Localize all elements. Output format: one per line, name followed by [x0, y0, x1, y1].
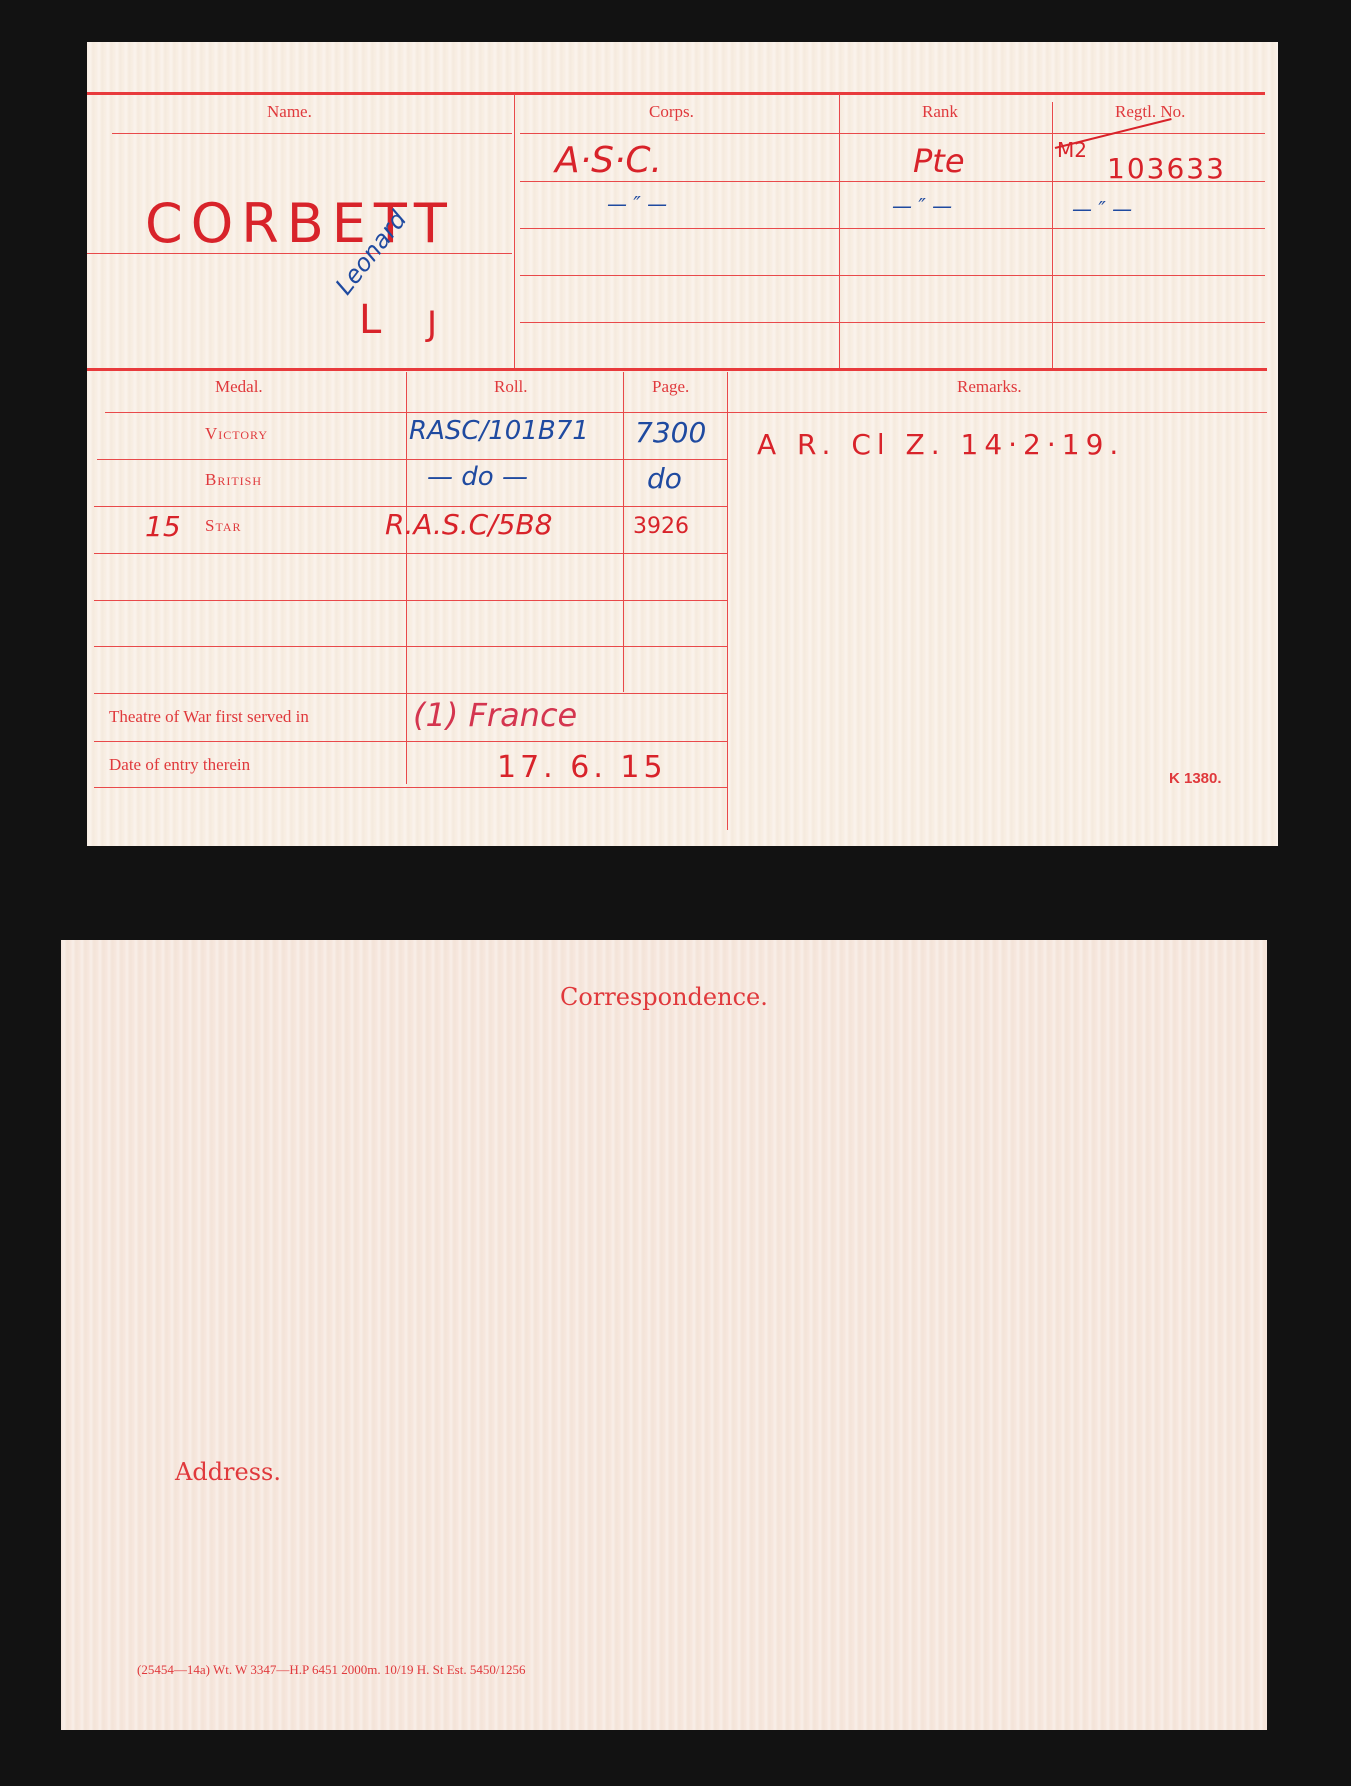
header-rank: Rank	[922, 102, 958, 122]
header-roll: Roll.	[494, 377, 528, 397]
header-corps: Corps.	[649, 102, 694, 122]
rule	[520, 275, 1265, 276]
remarks-value: A R. Cl Z. 14·2·19.	[757, 428, 1124, 461]
rule	[94, 600, 727, 601]
rule	[97, 459, 727, 460]
medal-roll: RASC/101B71	[409, 416, 589, 446]
medal-roll: — do —	[427, 462, 528, 492]
rule	[94, 741, 727, 742]
section-rule	[87, 368, 1267, 371]
medal-page: 3926	[633, 514, 689, 539]
divider-medal-roll	[406, 372, 407, 784]
rank-ditto: — ″ —	[892, 194, 952, 218]
header-medal: Medal.	[215, 377, 263, 397]
medal-label: Star	[205, 516, 242, 536]
header-remarks: Remarks.	[957, 377, 1022, 397]
rule	[94, 693, 727, 694]
medal-label: Victory	[205, 424, 268, 444]
rank-value: Pte	[913, 142, 965, 180]
first-letter-L: L	[359, 297, 381, 343]
medal-roll: R.A.S.C/5B8	[385, 508, 552, 541]
address-label: Address.	[175, 1458, 281, 1486]
medal-page: 7300	[635, 416, 706, 449]
rule	[94, 506, 727, 507]
rule	[112, 133, 512, 134]
regtl-number: 103633	[1107, 152, 1226, 185]
corps-value: A·S·C.	[555, 140, 662, 181]
top-rule	[87, 92, 1265, 95]
header-name: Name.	[267, 102, 312, 122]
rule	[94, 646, 727, 647]
divider-roll-page	[623, 372, 624, 692]
medal-label: British	[205, 470, 262, 490]
rule	[94, 553, 727, 554]
initial: J	[427, 304, 437, 344]
medal-index-card-back: Correspondence. Address. (25454—14a) Wt.…	[61, 940, 1267, 1730]
print-line: (25454—14a) Wt. W 3347—H.P 6451 2000m. 1…	[137, 1662, 525, 1678]
medal-prefix: 15	[145, 510, 181, 543]
rule	[520, 133, 1265, 134]
correspondence-title: Correspondence.	[560, 983, 768, 1011]
theatre-value: (1) France	[413, 696, 577, 734]
divider-corps-rank	[839, 94, 840, 369]
divider-name-corps	[514, 94, 515, 369]
date-value: 17. 6. 15	[497, 750, 667, 785]
header-regtl-no: Regtl. No.	[1115, 102, 1185, 122]
rule	[94, 787, 727, 788]
divider-page-remarks	[727, 372, 728, 830]
corps-ditto: — ″ —	[607, 192, 667, 216]
rule	[105, 412, 1267, 413]
medal-index-card-front: Name. Corps. Rank Regtl. No. CORBETT Leo…	[87, 42, 1278, 846]
header-page: Page.	[652, 377, 689, 397]
rule	[520, 322, 1265, 323]
theatre-label: Theatre of War first served in	[109, 707, 309, 727]
medal-page: do	[647, 462, 682, 495]
regtl-ditto: — ″ —	[1072, 197, 1132, 221]
divider-rank-regtl	[1052, 102, 1053, 369]
rule	[520, 228, 1265, 229]
date-label: Date of entry therein	[109, 755, 250, 775]
form-code: K 1380.	[1169, 770, 1222, 787]
